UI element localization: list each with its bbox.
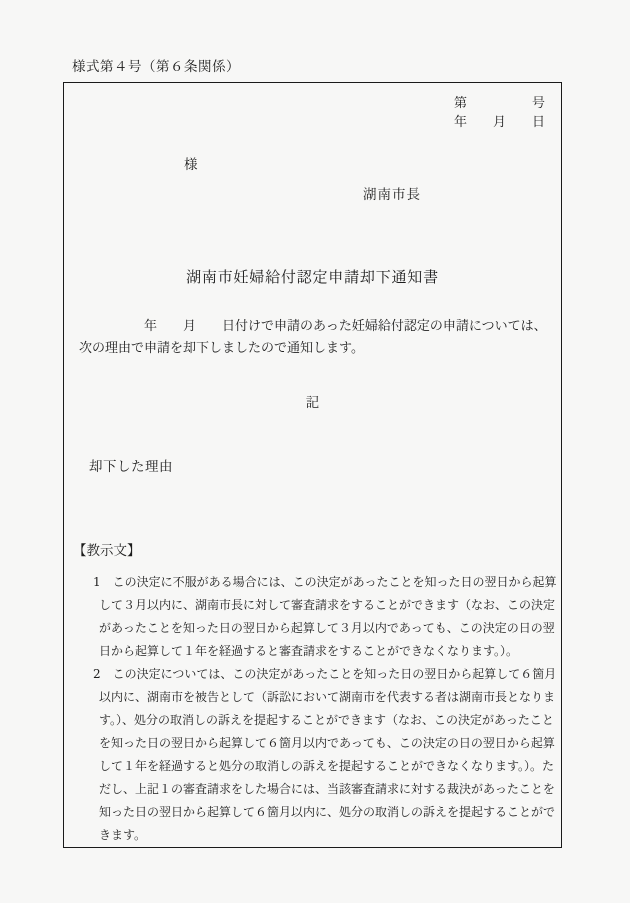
document-date-line: 年 月 日 (454, 114, 545, 131)
rejection-reason-label: 却下した理由 (89, 455, 173, 475)
form-number-label: 様式第４号（第６条関係） (72, 55, 240, 75)
sender-name: 湖南市長 (363, 183, 421, 203)
record-marker: 記 (64, 391, 561, 411)
instruction-item-1: 1この決定に不服がある場合には、この決定があったことを知った日の翌日から起算して… (99, 571, 557, 663)
body-paragraph: 年 月 日付けで申請のあった妊婦給付認定の申請については、次の理由で申請を却下し… (79, 316, 551, 360)
instruction-item-2-number: 2 (93, 667, 113, 681)
instruction-item-1-number: 1 (93, 575, 113, 589)
instruction-item-2-text: この決定については、この決定があったことを知った日の翌日から起算して６箇月以内に… (99, 667, 556, 842)
instruction-list: 1この決定に不服がある場合には、この決定があったことを知った日の翌日から起算して… (99, 571, 557, 847)
instruction-heading: 【教示文】 (73, 539, 141, 559)
document-page: 様式第４号（第６条関係） 第 号 年 月 日 様 湖南市長 湖南市妊婦給付認定申… (0, 0, 630, 903)
instruction-item-2: 2この決定については、この決定があったことを知った日の翌日から起算して６箇月以内… (99, 663, 557, 847)
document-border-box: 第 号 年 月 日 様 湖南市長 湖南市妊婦給付認定申請却下通知書 年 月 日付… (63, 82, 562, 848)
addressee-honorific: 様 (184, 153, 198, 173)
document-number-line: 第 号 (454, 95, 545, 112)
instruction-item-1-text: この決定に不服がある場合には、この決定があったことを知った日の翌日から起算して３… (99, 575, 557, 658)
document-title: 湖南市妊婦給付認定申請却下通知書 (64, 266, 561, 287)
